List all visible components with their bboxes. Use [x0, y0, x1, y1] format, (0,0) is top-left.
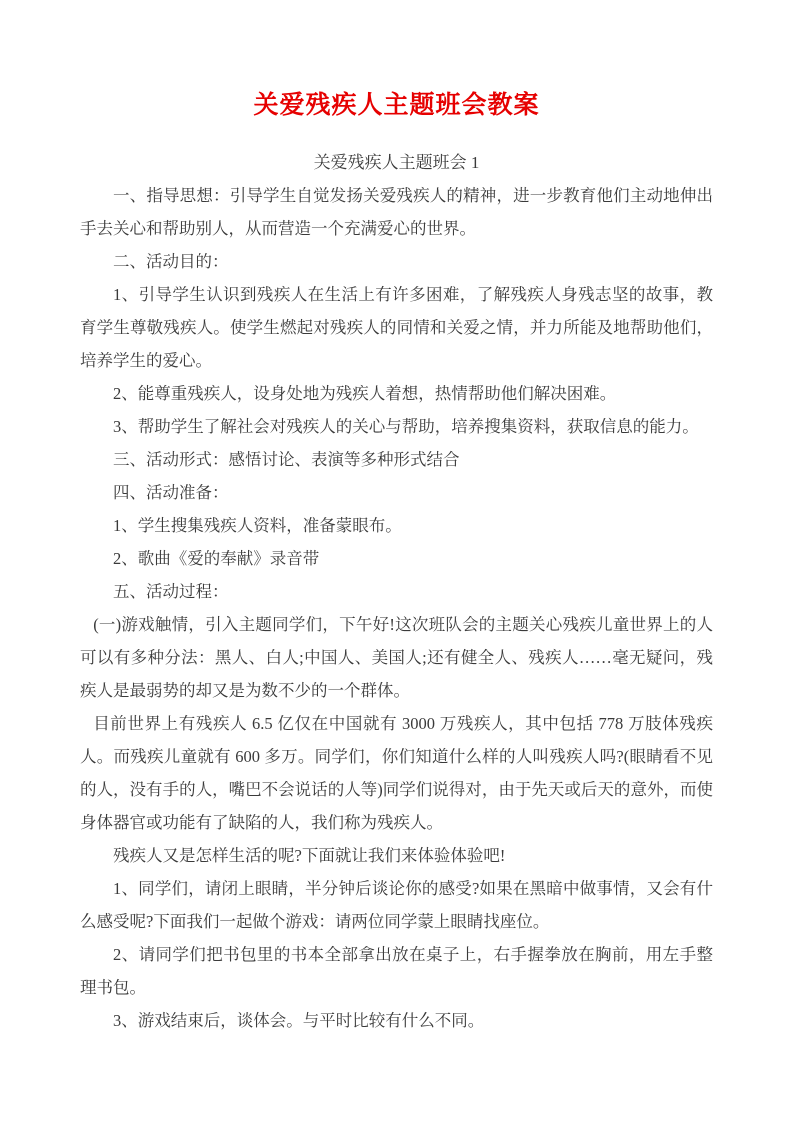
paragraph: 3、帮助学生了解社会对残疾人的关心与帮助，培养搜集资料，获取信息的能力。	[80, 410, 713, 443]
document-title: 关爱残疾人主题班会教案	[0, 88, 793, 124]
paragraph: 2、请同学们把书包里的书本全部拿出放在桌子上，右手握拳放在胸前，用左手整理书包。	[80, 938, 713, 1004]
document-page: 关爱残疾人主题班会教案 关爱残疾人主题班会 1 一、指导思想：引导学生自觉发扬关…	[0, 0, 793, 1122]
paragraph: 三、活动形式：感悟讨论、表演等多种形式结合	[80, 443, 713, 476]
paragraph: 四、活动准备：	[80, 476, 713, 509]
paragraph: 二、活动目的：	[80, 245, 713, 278]
paragraph: 1、引导学生认识到残疾人在生活上有许多困难，了解残疾人身残志坚的故事，教育学生尊…	[80, 278, 713, 377]
paragraph: 3、游戏结束后，谈体会。与平时比较有什么不同。	[80, 1004, 713, 1037]
document-subtitle: 关爱残疾人主题班会 1	[0, 146, 793, 179]
paragraph: 2、歌曲《爱的奉献》录音带	[80, 542, 713, 575]
paragraph: 一、指导思想：引导学生自觉发扬关爱残疾人的精神，进一步教育他们主动地伸出手去关心…	[80, 179, 713, 245]
paragraph: 1、学生搜集残疾人资料，准备蒙眼布。	[80, 509, 713, 542]
document-body: 一、指导思想：引导学生自觉发扬关爱残疾人的精神，进一步教育他们主动地伸出手去关心…	[80, 179, 713, 1037]
paragraph: 残疾人又是怎样生活的呢?下面就让我们来体验体验吧!	[80, 839, 713, 872]
paragraph: 1、同学们，请闭上眼睛，半分钟后谈论你的感受?如果在黑暗中做事情，又会有什么感受…	[80, 872, 713, 938]
paragraph: 2、能尊重残疾人，设身处地为残疾人着想，热情帮助他们解决困难。	[80, 377, 713, 410]
paragraph: (一)游戏触情，引入主题同学们，下午好!这次班队会的主题关心残疾儿童世界上的人可…	[80, 608, 713, 707]
paragraph: 目前世界上有残疾人 6.5 亿仅在中国就有 3000 万残疾人，其中包括 778…	[80, 707, 713, 839]
paragraph: 五、活动过程：	[80, 575, 713, 608]
